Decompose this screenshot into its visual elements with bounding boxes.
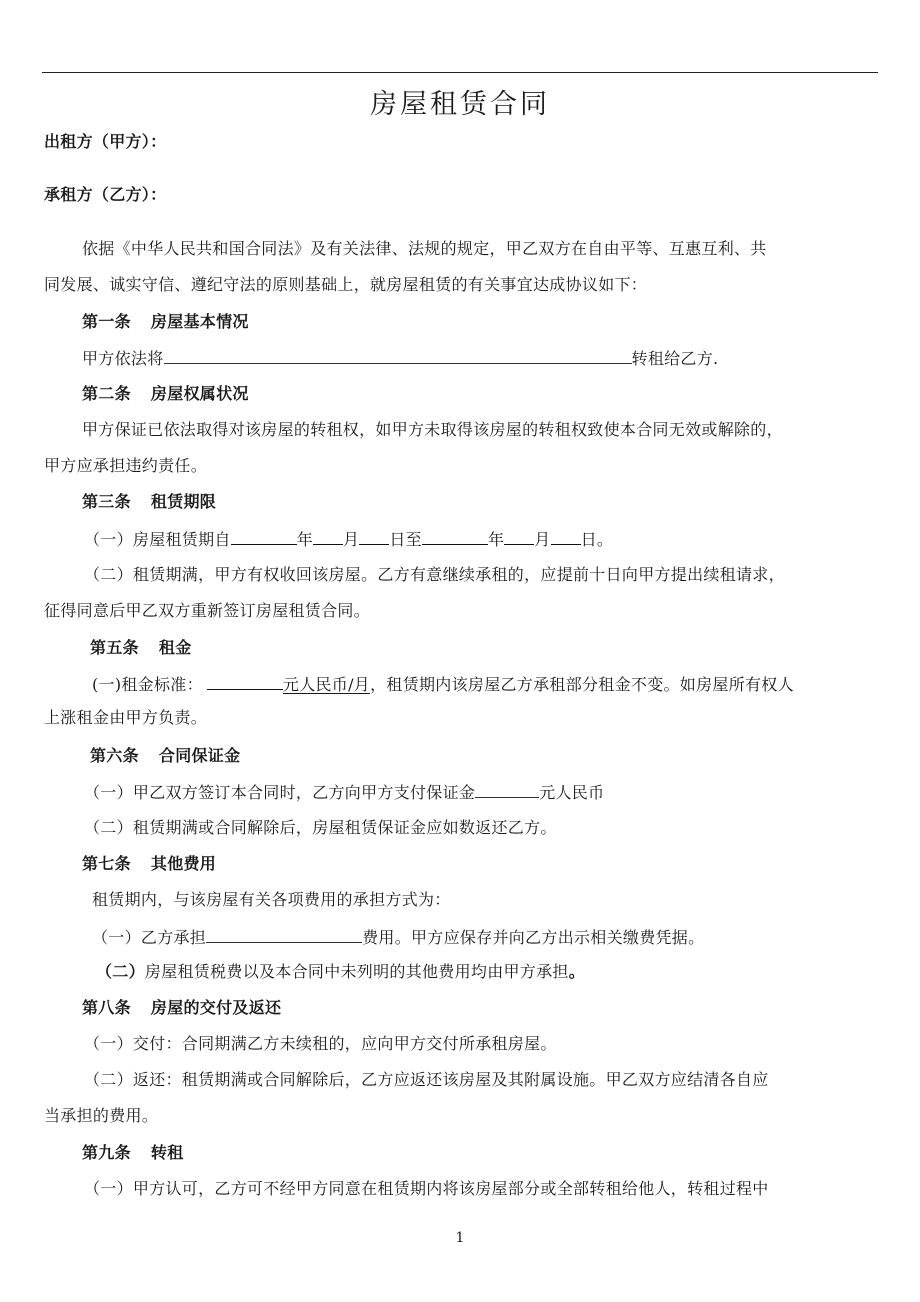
text: 日。 [581,530,614,549]
article-6-heading: 第六条合同保证金 [90,746,240,766]
text: 年 [488,530,504,549]
text: (一)租金标准： [92,675,203,694]
preamble-line-1: 依据《中华人民共和国合同法》及有关法律、法规的规定，甲乙双方在自由平等、互惠互利… [82,239,767,259]
article-9-clause-1: （一）甲方认可，乙方可不经甲方同意在租赁期内将该房屋部分或全部转租给他人，转租过… [84,1179,769,1199]
lessee-label: 承租方（乙方）： [44,185,166,205]
article-title: 合同保证金 [159,746,241,765]
article-1-body: 甲方依法将转租给乙方. [82,348,718,369]
article-5-clause-1: (一)租金标准：元人民币/月，租赁期内该房屋乙方承租部分租金不变。如房屋所有权人 [92,674,794,695]
article-number: 第一条 [82,312,131,331]
article-title: 租金 [159,638,192,657]
text: 月 [343,530,359,549]
article-number: 第五条 [90,638,139,657]
article-2-heading: 第二条房屋权属状况 [82,384,249,404]
article-8-heading: 第八条房屋的交付及返还 [82,998,281,1018]
article-title: 房屋的交付及返还 [151,998,281,1017]
text: 年 [297,530,313,549]
fee-blank[interactable] [206,927,362,943]
article-7-clause-2: （二）房屋租赁税费以及本合同中未列明的其他费用均由甲方承担。 [96,962,585,982]
deposit-blank[interactable] [475,782,539,798]
article-2-line-2: 甲方应承担违约责任。 [44,456,207,476]
end-year-blank[interactable] [422,529,488,545]
lessor-label: 出租方（甲方）： [44,132,166,152]
article-7-heading: 第七条其他费用 [82,854,216,874]
article-1-heading: 第一条房屋基本情况 [82,312,249,332]
text: 房屋租赁税费以及本合同中未列明的其他费用均由甲方承担 [145,962,569,981]
page-number: 1 [0,1230,920,1246]
text: （一）房屋租赁期自 [84,530,231,549]
text: 费用。甲方应保存并向乙方出示相关缴费凭据。 [362,928,704,947]
article-6-clause-2: （二）租赁期满或合同解除后，房屋租赁保证金应如数返还乙方。 [84,818,557,838]
text: 甲方依法将 [82,349,164,368]
article-title: 其他费用 [151,854,216,873]
start-month-blank[interactable] [313,529,343,545]
text: 转租给乙方. [632,349,719,368]
article-number: 第八条 [82,998,131,1017]
article-8-clause-1: （一）交付：合同期满乙方未续租的，应向甲方交付所承租房屋。 [84,1034,557,1054]
article-title: 租赁期限 [151,492,216,511]
text: ，租赁期内该房屋乙方承租部分租金不变。如房屋所有权人 [370,675,794,694]
text: （一）乙方承担 [92,928,206,947]
article-number: 第七条 [82,854,131,873]
article-3-clause-2-line-2: 征得同意后甲乙双方重新签订房屋租赁合同。 [44,601,370,621]
document-title: 房屋租赁合同 [0,82,920,121]
article-number: 第九条 [82,1143,131,1162]
header-rule [42,72,878,73]
article-3-heading: 第三条租赁期限 [82,492,216,512]
article-number: 第三条 [82,492,131,511]
text: 元人民币 [539,783,604,802]
article-7-intro: 租赁期内，与该房屋有关各项费用的承担方式为： [92,890,451,910]
article-9-heading: 第九条转租 [82,1143,184,1163]
text: 日至 [389,530,422,549]
article-3-clause-2-line-1: （二）租赁期满，甲方有权收回该房屋。乙方有意继续承租的，应提前十日向甲方提出续租… [84,565,785,585]
article-8-clause-2-line-1: （二）返还：租赁期满或合同解除后，乙方应返还该房屋及其附属设施。甲乙双方应结清各… [84,1070,769,1090]
end-day-blank[interactable] [551,529,581,545]
clause-marker: （二） [96,962,145,981]
start-year-blank[interactable] [231,529,297,545]
end-month-blank[interactable] [504,529,534,545]
article-8-clause-2-line-2: 当承担的费用。 [44,1106,158,1126]
preamble-line-2: 同发展、诚实守信、遵纪守法的原则基础上，就房屋租赁的有关事宜达成协议如下： [44,275,647,295]
article-number: 第二条 [82,384,131,403]
text: （一）甲乙双方签订本合同时，乙方向甲方支付保证金 [84,783,475,802]
article-3-clause-1: （一）房屋租赁期自年月日至年月日。 [84,529,613,550]
article-5-clause-1-line-2: 上涨租金由甲方负责。 [44,708,207,728]
article-5-heading: 第五条租金 [90,638,192,658]
rent-amount-blank[interactable] [207,674,283,690]
article-number: 第六条 [90,746,139,765]
start-day-blank[interactable] [359,529,389,545]
article-7-clause-1: （一）乙方承担费用。甲方应保存并向乙方出示相关缴费凭据。 [92,927,704,948]
article-2-line-1: 甲方保证已依法取得对该房屋的转租权，如甲方未取得该房屋的转租权致使本合同无效或解… [82,420,783,440]
property-blank[interactable] [164,348,632,364]
text: 。 [569,962,585,981]
rent-unit: 元人民币/月 [283,675,370,694]
article-title: 房屋基本情况 [151,312,249,331]
text: 月 [534,530,550,549]
article-title: 房屋权属状况 [151,384,249,403]
article-title: 转租 [151,1143,184,1162]
article-6-clause-1: （一）甲乙双方签订本合同时，乙方向甲方支付保证金元人民币 [84,782,604,803]
